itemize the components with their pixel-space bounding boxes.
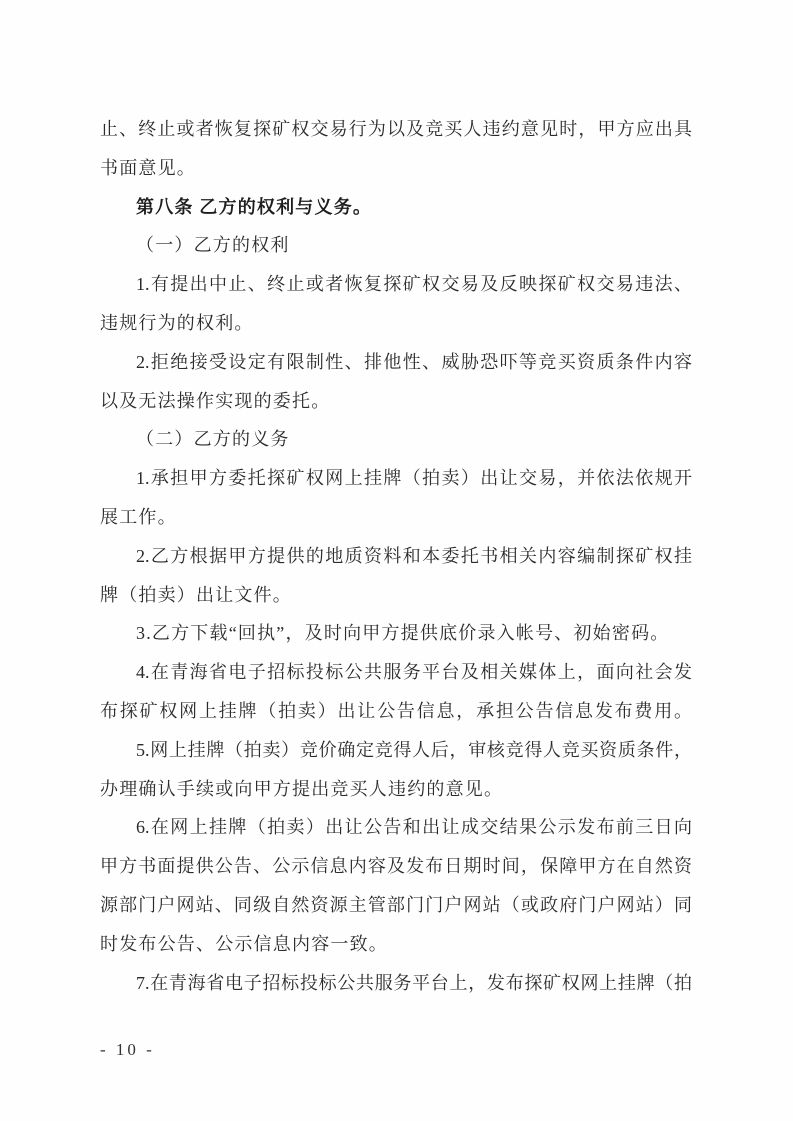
document-body: 止、终止或者恢复探矿权交易行为以及竞买人违约意见时，甲方应出具书面意见。第八条 …	[100, 110, 692, 1002]
text-line: 违规行为的权利。	[100, 304, 692, 343]
text-line: （二）乙方的义务	[100, 420, 692, 459]
text-line: 3.乙方下载“回执”，及时向甲方提供底价录入帐号、初始密码。	[100, 614, 692, 653]
page-number: - 10 -	[100, 1040, 155, 1060]
text-line: 源部门户网站、同级自然资源主管部门门户网站（或政府门户网站）同	[100, 886, 692, 925]
text-line: 展工作。	[100, 498, 692, 537]
text-line: 4.在青海省电子招标投标公共服务平台及相关媒体上，面向社会发	[100, 653, 692, 692]
text-line: 1.承担甲方委托探矿权网上挂牌（拍卖）出让交易，并依法依规开	[100, 459, 692, 498]
text-line: 5.网上挂牌（拍卖）竞价确定竞得人后，审核竞得人竞买资质条件，	[100, 731, 692, 770]
text-line: 甲方书面提供公告、公示信息内容及发布日期时间，保障甲方在自然资	[100, 847, 692, 886]
text-line: 2.乙方根据甲方提供的地质资料和本委托书相关内容编制探矿权挂	[100, 537, 692, 576]
section-heading: 第八条 乙方的权利与义务。	[100, 188, 692, 227]
text-line: 书面意见。	[100, 149, 692, 188]
text-line: 牌（拍卖）出让文件。	[100, 576, 692, 615]
text-line: 办理确认手续或向甲方提出竞买人违约的意见。	[100, 770, 692, 809]
text-line: 7.在青海省电子招标投标公共服务平台上，发布探矿权网上挂牌（拍	[100, 964, 692, 1003]
text-line: 2.拒绝接受设定有限制性、排他性、威胁恐吓等竞买资质条件内容	[100, 343, 692, 382]
text-line: 时发布公告、公示信息内容一致。	[100, 925, 692, 964]
text-line: 布探矿权网上挂牌（拍卖）出让公告信息，承担公告信息发布费用。	[100, 692, 692, 731]
text-line: （一）乙方的权利	[100, 226, 692, 265]
text-line: 以及无法操作实现的委托。	[100, 382, 692, 421]
text-line: 1.有提出中止、终止或者恢复探矿权交易及反映探矿权交易违法、	[100, 265, 692, 304]
document-page: 止、终止或者恢复探矿权交易行为以及竞买人违约意见时，甲方应出具书面意见。第八条 …	[0, 0, 793, 1121]
text-line: 止、终止或者恢复探矿权交易行为以及竞买人违约意见时，甲方应出具	[100, 110, 692, 149]
text-line: 6.在网上挂牌（拍卖）出让公告和出让成交结果公示发布前三日向	[100, 808, 692, 847]
